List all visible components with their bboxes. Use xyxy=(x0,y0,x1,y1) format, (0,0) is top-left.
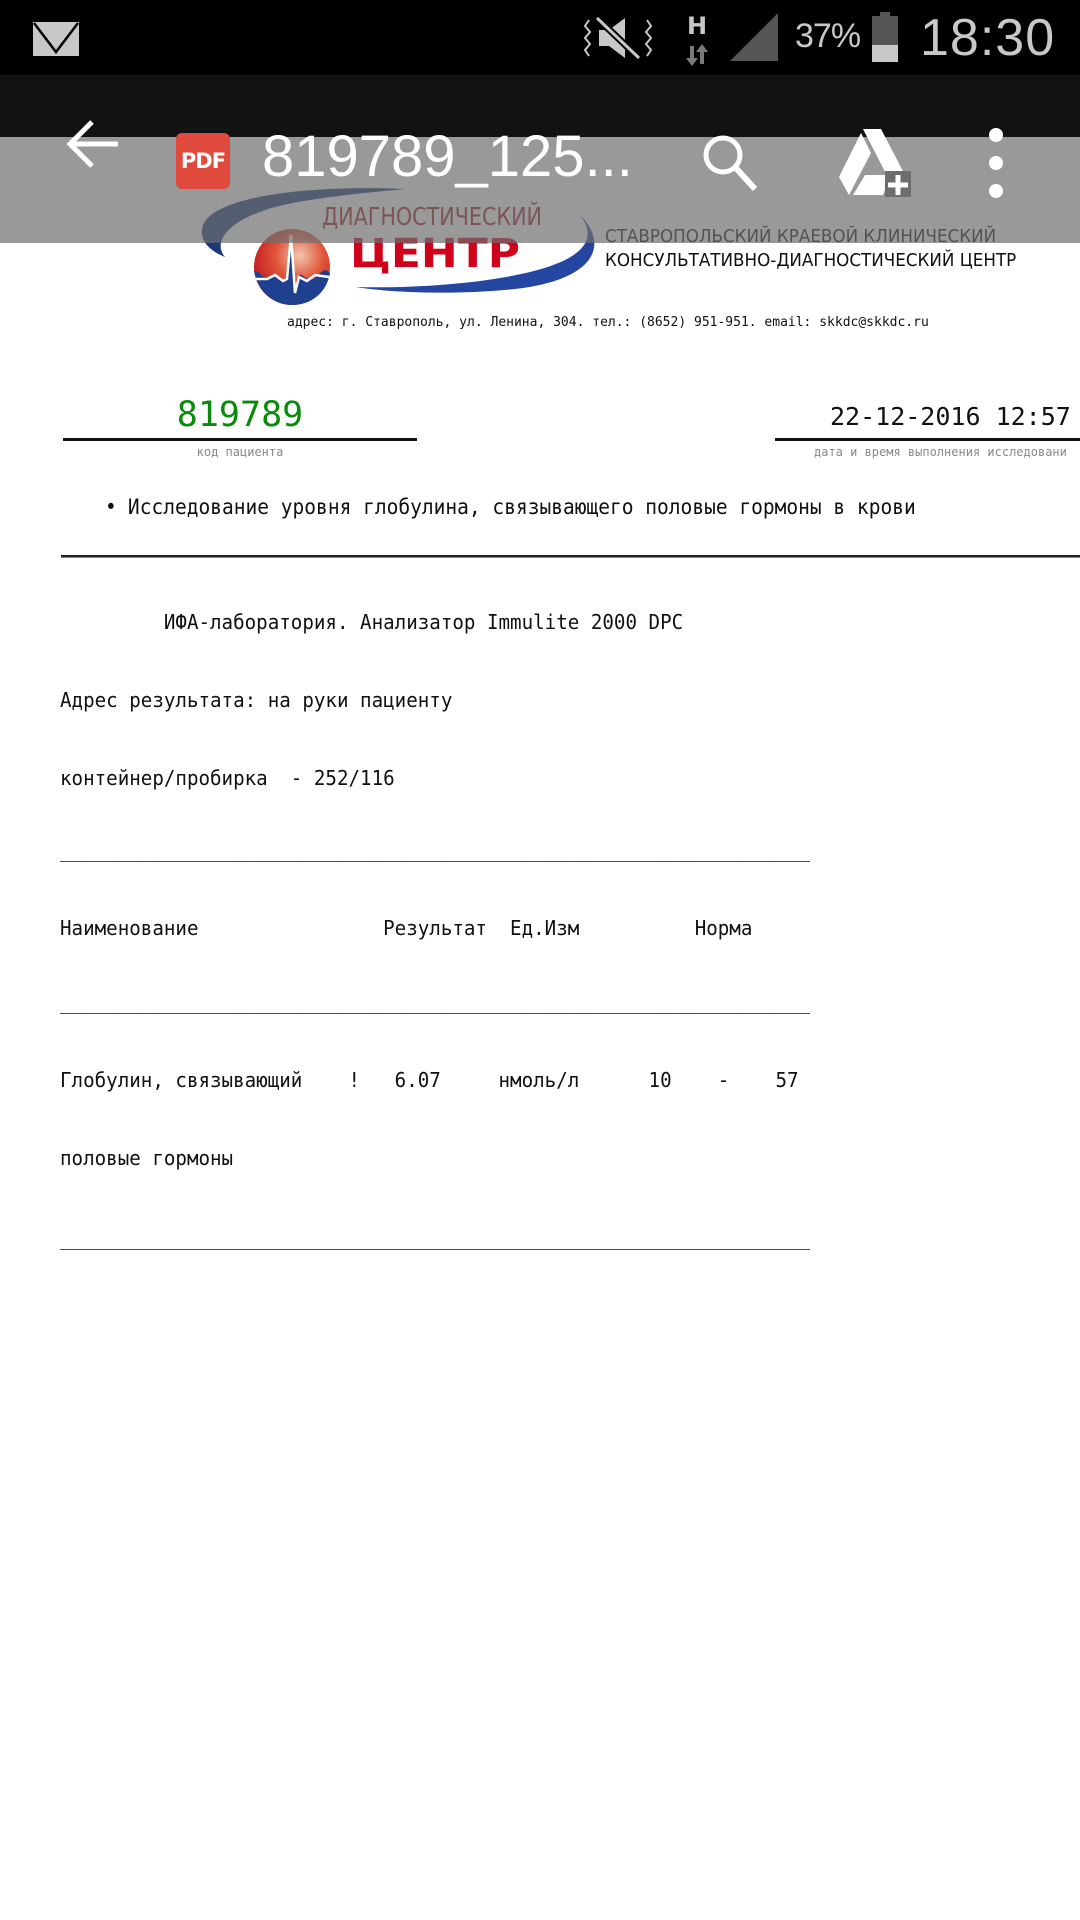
patient-code-underline xyxy=(63,438,417,441)
bullet-icon: • xyxy=(105,495,117,519)
battery-percent: 37% xyxy=(795,17,860,56)
table-separator-top: ________________________________________… xyxy=(60,837,810,863)
patient-code: 819789 xyxy=(63,392,417,438)
search-icon[interactable] xyxy=(695,127,765,197)
table-separator-bottom: ________________________________________… xyxy=(60,1225,810,1251)
more-vert-icon[interactable] xyxy=(975,123,1017,203)
network-h-icon: H xyxy=(682,10,712,66)
study-title-text: Исследование уровня глобулина, связывающ… xyxy=(128,495,916,519)
study-datetime-block: 22-12-2016 12:57 дата и время выполнения… xyxy=(775,392,1080,459)
patient-code-block: 819789 код пациента xyxy=(63,392,417,459)
back-arrow-icon[interactable] xyxy=(62,111,128,177)
mail-icon xyxy=(33,22,79,56)
table-separator-middle: ________________________________________… xyxy=(60,989,810,1015)
organization-name-line2: КОНСУЛЬТАТИВНО-ДИАГНОСТИЧЕСКИЙ ЦЕНТР xyxy=(605,249,1016,273)
pdf-page[interactable]: ДИАГНОСТИЧЕСКИЙ ЦЕНТР СТАВРОПОЛЬСКИЙ КРА… xyxy=(0,137,1080,1920)
pdf-file-icon: PDF xyxy=(176,133,230,189)
svg-text:H: H xyxy=(687,12,707,40)
pdf-viewer-toolbar: PDF 819789_125... xyxy=(0,137,1080,243)
drive-add-icon[interactable] xyxy=(835,125,915,201)
study-datetime: 22-12-2016 12:57 xyxy=(775,392,1080,438)
patient-code-caption: код пациента xyxy=(63,445,417,459)
organization-address: адрес: г. Ставрополь, ул. Ленина, 304. т… xyxy=(287,315,929,330)
container-line: контейнер/пробирка - 252/116 xyxy=(60,765,810,791)
file-title[interactable]: 819789_125... xyxy=(262,123,633,190)
vibrate-mute-icon xyxy=(583,14,653,62)
status-bar: H 37% 18:30 xyxy=(0,0,1080,75)
battery-icon xyxy=(870,12,900,62)
result-address-line: Адрес результата: на руки пациенту xyxy=(60,687,810,713)
study-datetime-underline xyxy=(775,438,1080,441)
signal-icon xyxy=(730,13,778,61)
study-title: •Исследование уровня глобулина, связываю… xyxy=(105,495,916,519)
table-row: Глобулин, связывающий ! 6.07 нмоль/л 10 … xyxy=(60,1067,810,1093)
table-row-continued: половые гормоны xyxy=(60,1145,810,1171)
clock: 18:30 xyxy=(920,8,1055,68)
study-datetime-caption: дата и время выполнения исследовани xyxy=(775,445,1080,459)
table-header: Наименование Результат Ед.Изм Норма xyxy=(60,915,810,941)
lab-report: ИФА-лаборатория. Анализатор Immulite 200… xyxy=(60,557,810,1303)
lab-analyzer-line: ИФА-лаборатория. Анализатор Immulite 200… xyxy=(60,609,810,635)
